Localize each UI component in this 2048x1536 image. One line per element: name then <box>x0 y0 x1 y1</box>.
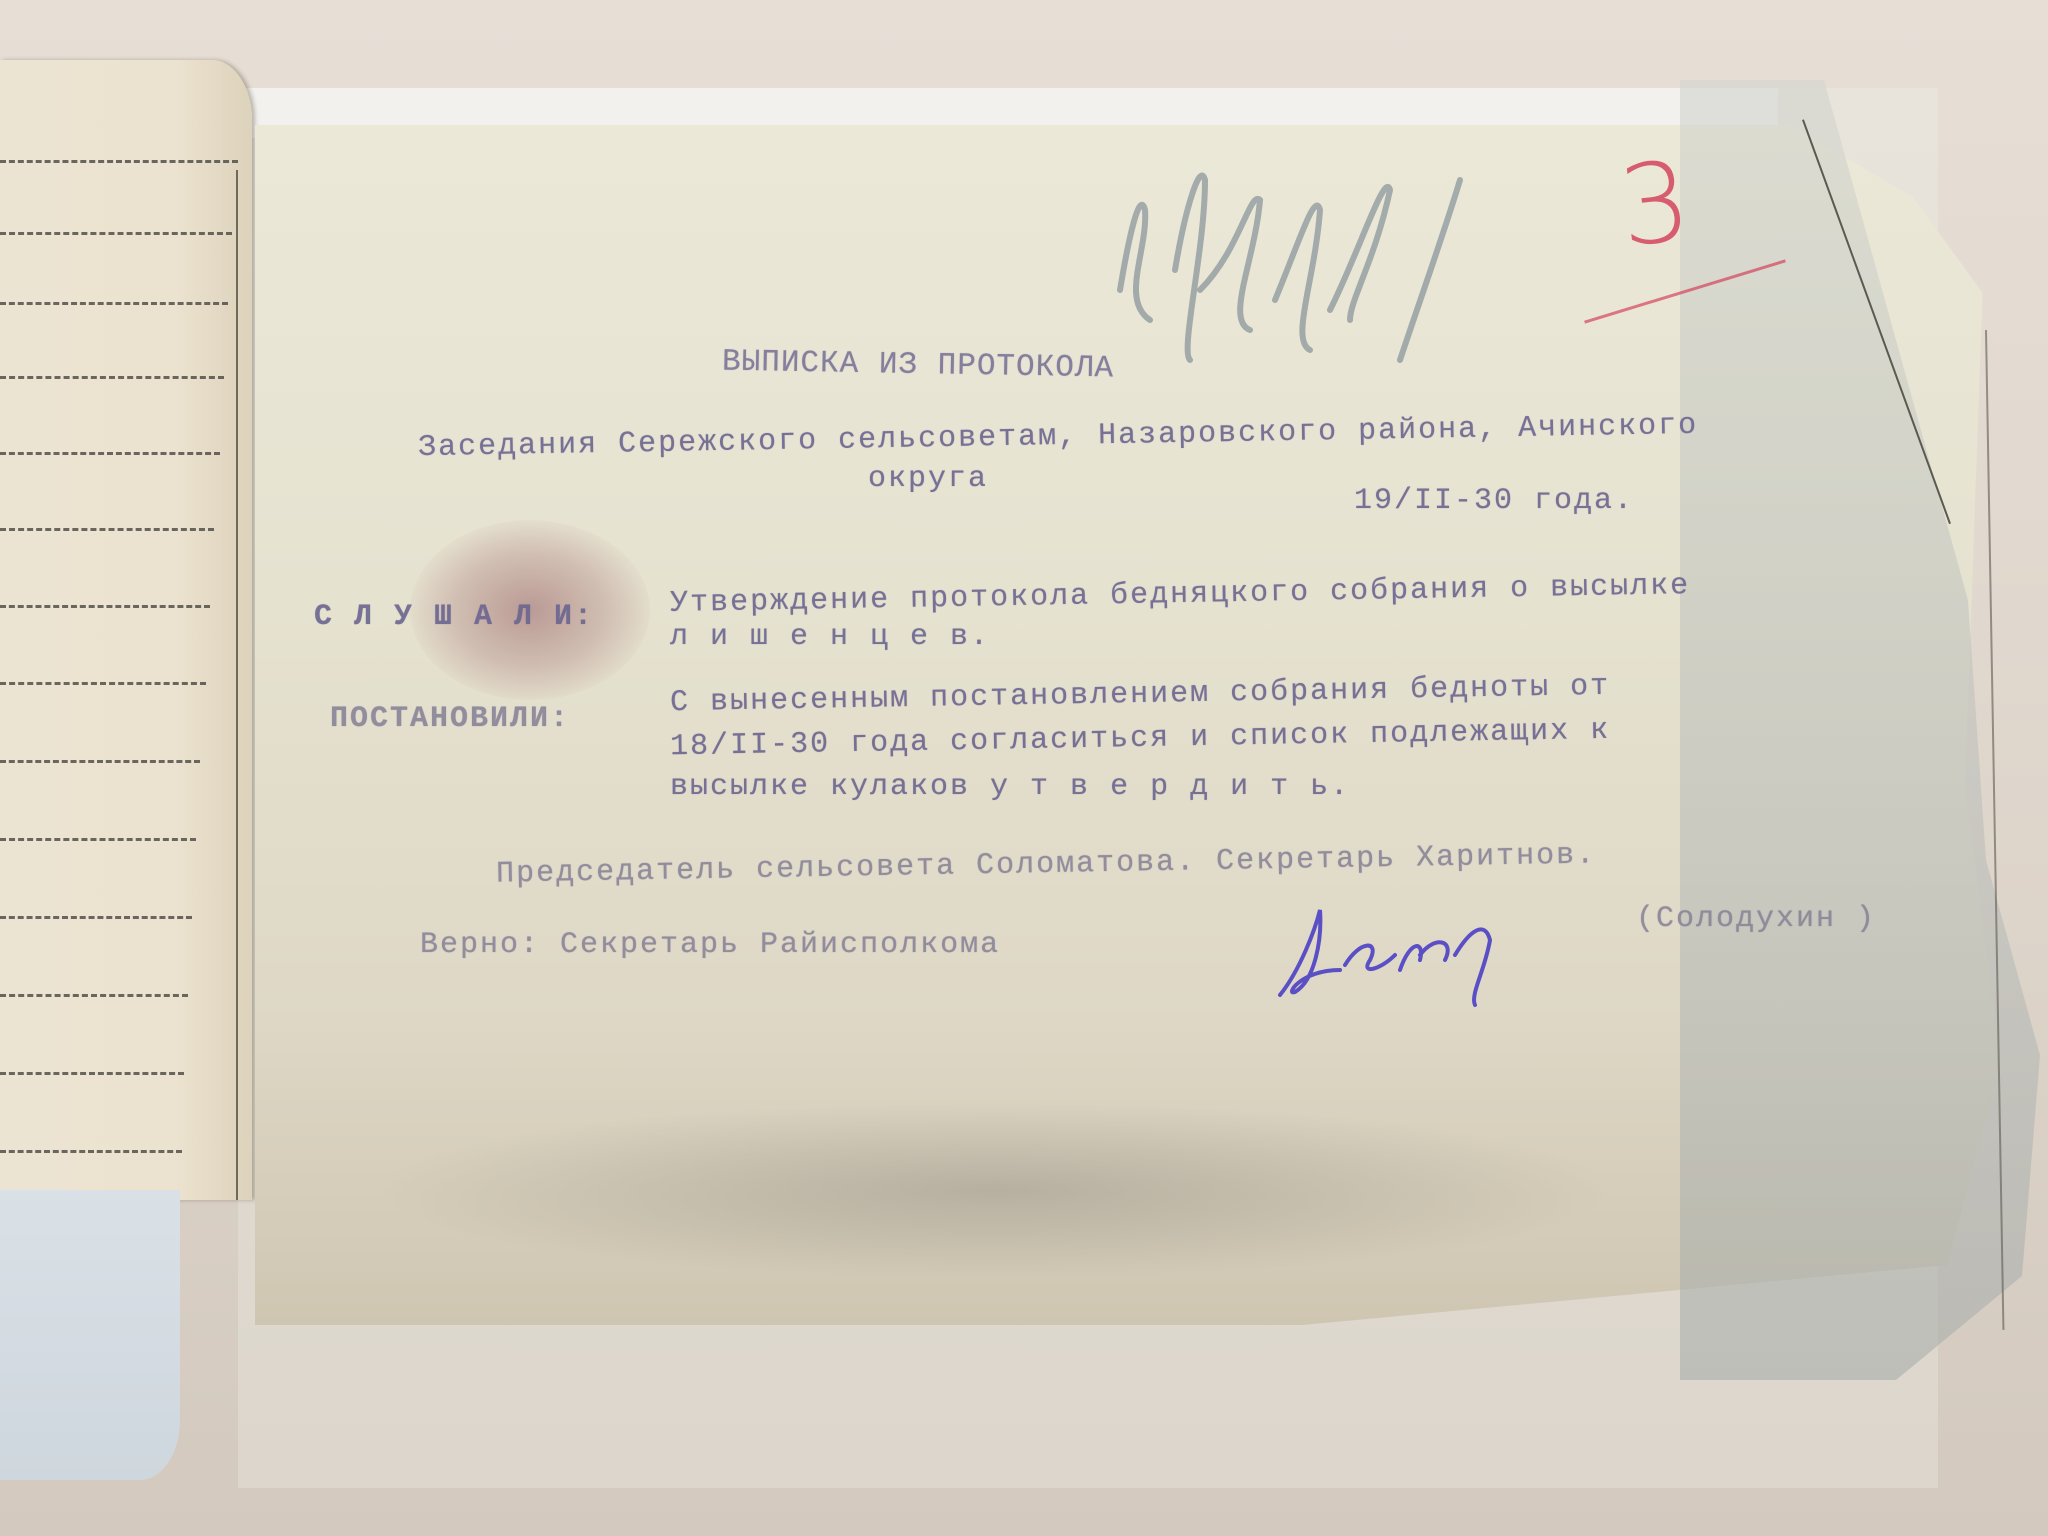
blue-paper-insert <box>0 1190 180 1480</box>
page-edge <box>236 170 238 1200</box>
ruled-line <box>0 1072 184 1075</box>
attest-label: Верно: Секретарь Райисполкома <box>420 928 1000 962</box>
red-page-number: 3 <box>1614 137 1697 272</box>
ink-signature-icon <box>1260 900 1580 1010</box>
document-title: ВЫПИСКА ИЗ ПРОТОКОЛА <box>722 345 1115 387</box>
pencil-scribble-icon <box>1100 150 1540 380</box>
resolved-label: ПОСТАНОВИЛИ: <box>330 702 570 736</box>
ruled-line <box>0 160 238 163</box>
ruled-line <box>0 994 188 997</box>
ruled-line <box>0 376 224 379</box>
sheet-shadow <box>370 1100 1620 1280</box>
ruled-line <box>0 760 200 763</box>
attest-name: (Солодухин ) <box>1636 902 1876 936</box>
meeting-date: 19/II-30 года. <box>1354 484 1634 518</box>
ruled-line <box>0 302 228 305</box>
ruled-line <box>0 1150 182 1153</box>
resolved-line-3: высылке кулаков у т в е р д и т ь. <box>670 770 1350 804</box>
subtitle-line-2: округа <box>868 462 988 496</box>
ruled-line <box>0 838 196 841</box>
ruled-line <box>0 605 210 608</box>
archive-photo: 3 ВЫПИСКА ИЗ ПРОТОКОЛА Заседания Сережск… <box>0 0 2048 1536</box>
ruled-line <box>0 528 214 531</box>
notebook-left-page <box>0 60 252 1200</box>
ruled-line <box>0 232 232 235</box>
ruled-line <box>0 682 206 685</box>
heard-label: С Л У Ш А Л И: <box>314 600 594 634</box>
ruled-line <box>0 452 220 455</box>
ruled-line <box>0 916 192 919</box>
heard-line-2: л и ш е н ц е в. <box>670 620 990 654</box>
